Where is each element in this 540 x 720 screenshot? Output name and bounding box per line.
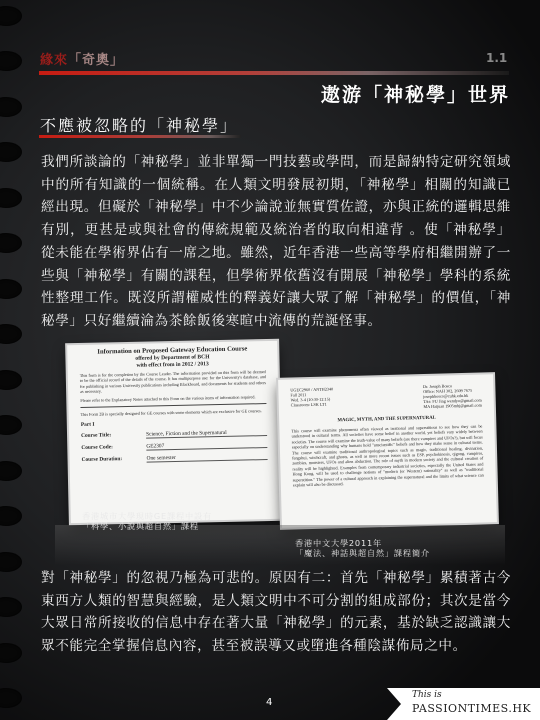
caption-line: 香港中文大學2011年 [295, 538, 430, 548]
brand-tab[interactable]: This is PASSIONTIMES.HK [387, 688, 540, 720]
binder-hole [0, 97, 22, 117]
section-label-prefix: 緣來 [40, 53, 68, 68]
binder-hole [0, 643, 22, 663]
binder-hole [0, 688, 22, 708]
caption-line: 香港城市大學現時GE課程中設有 [82, 511, 212, 521]
field-value: GE2307 [146, 441, 267, 451]
caption-line: 「魔法、神話與超自然」課程簡介 [295, 548, 430, 558]
doc-form-note: This Form 2B is specially designed for G… [69, 408, 279, 418]
syllabus-course-info: UGEC2960 / ANTH2340 Fall 2011 Wed. 3-4 (… [290, 386, 333, 412]
doc-divider [80, 403, 266, 408]
brand-tagline: This is [412, 690, 442, 700]
body-paragraph-2: 對「神秘學」的忽視乃極為可悲的。原因有二：首先「神秘學」累積著古今東西方人類的智… [41, 567, 511, 658]
doc-part-label: Part I [81, 422, 95, 428]
syllabus-instructor-info: Dr. Joseph Bosco Office: NAH 302, 2609 7… [423, 383, 482, 410]
section-number: 1.1 [486, 51, 507, 65]
binder-hole [0, 6, 22, 26]
binder-hole [0, 324, 22, 344]
photo-caption-2: 香港中文大學2011年 「魔法、神話與超自然」課程簡介 [295, 538, 430, 558]
field-label: Course Duration: [82, 456, 147, 464]
section-subtitle: 不應被忽略的「神秘學」 [40, 113, 238, 136]
header-divider [39, 71, 509, 75]
brand-logo-text: PASSIONTIMES.HK [412, 702, 531, 715]
binder-hole [0, 370, 22, 390]
field-label: Course Code: [81, 444, 146, 452]
section-label-suffix: 「奇奧」 [68, 53, 124, 68]
binder-hole [0, 597, 22, 617]
photo-caption-1: 香港城市大學現時GE課程中設有 「科學、小說與超自然」課程 [82, 511, 212, 531]
binder-hole [0, 51, 22, 71]
binder-hole [0, 461, 22, 481]
binder-hole [0, 415, 22, 435]
course-documents-photo: Information on Proposed Gateway Educatio… [55, 335, 505, 555]
doc-field-row: Course Code:GE2307 [69, 441, 279, 452]
course-syllabus: UGEC2960 / ANTH2340 Fall 2011 Wed. 3-4 (… [278, 374, 497, 528]
doc-field-row: Course Title:Science, Fiction and the Su… [69, 429, 279, 440]
binder-hole [0, 188, 22, 208]
info-line: MA Haijuan 1905mhj@gmail.com [423, 403, 482, 410]
page-number: 4 [266, 697, 272, 708]
binder-hole [0, 506, 22, 526]
doc-field-row: Course Duration:One semester [70, 453, 280, 464]
syllabus-body: This course will examine phenomena often… [279, 423, 495, 488]
doc-notes: Please refer to the Explanatory Notes at… [68, 393, 278, 403]
page-title: 遨游「神秘學」世界 [321, 80, 510, 107]
syllabus-header: UGEC2960 / ANTH2340 Fall 2011 Wed. 3-4 (… [278, 374, 494, 415]
binder-holes [0, 0, 24, 720]
binder-hole [0, 279, 22, 299]
binder-hole [0, 233, 22, 253]
field-value: Science, Fiction and the Supernatural [146, 429, 267, 439]
info-line: Classroom: LSK LT1 [291, 401, 334, 407]
photo-reflection [55, 525, 505, 565]
doc-part: Part I [69, 418, 279, 428]
section-label: 緣來「奇奧」 [40, 49, 124, 68]
subtitle-divider [39, 135, 241, 138]
magazine-page: 緣來「奇奧」 1.1 遨游「神秘學」世界 不應被忽略的「神秘學」 我們所談論的「… [0, 0, 540, 720]
binder-hole [0, 142, 22, 162]
body-paragraph-1: 我們所談論的「神秘學」並非單獨一門技藝或學問，而是歸納特定研究領域中的所有知識的… [41, 151, 511, 333]
caption-line: 「科學、小說與超自然」課程 [82, 521, 212, 531]
doc-intro: This form is for the completion by the C… [68, 369, 278, 395]
field-value: One semester [146, 453, 267, 463]
binder-hole [0, 552, 22, 572]
field-label: Course Title: [81, 432, 146, 440]
gateway-course-form: Information on Proposed Gateway Educatio… [67, 341, 281, 523]
